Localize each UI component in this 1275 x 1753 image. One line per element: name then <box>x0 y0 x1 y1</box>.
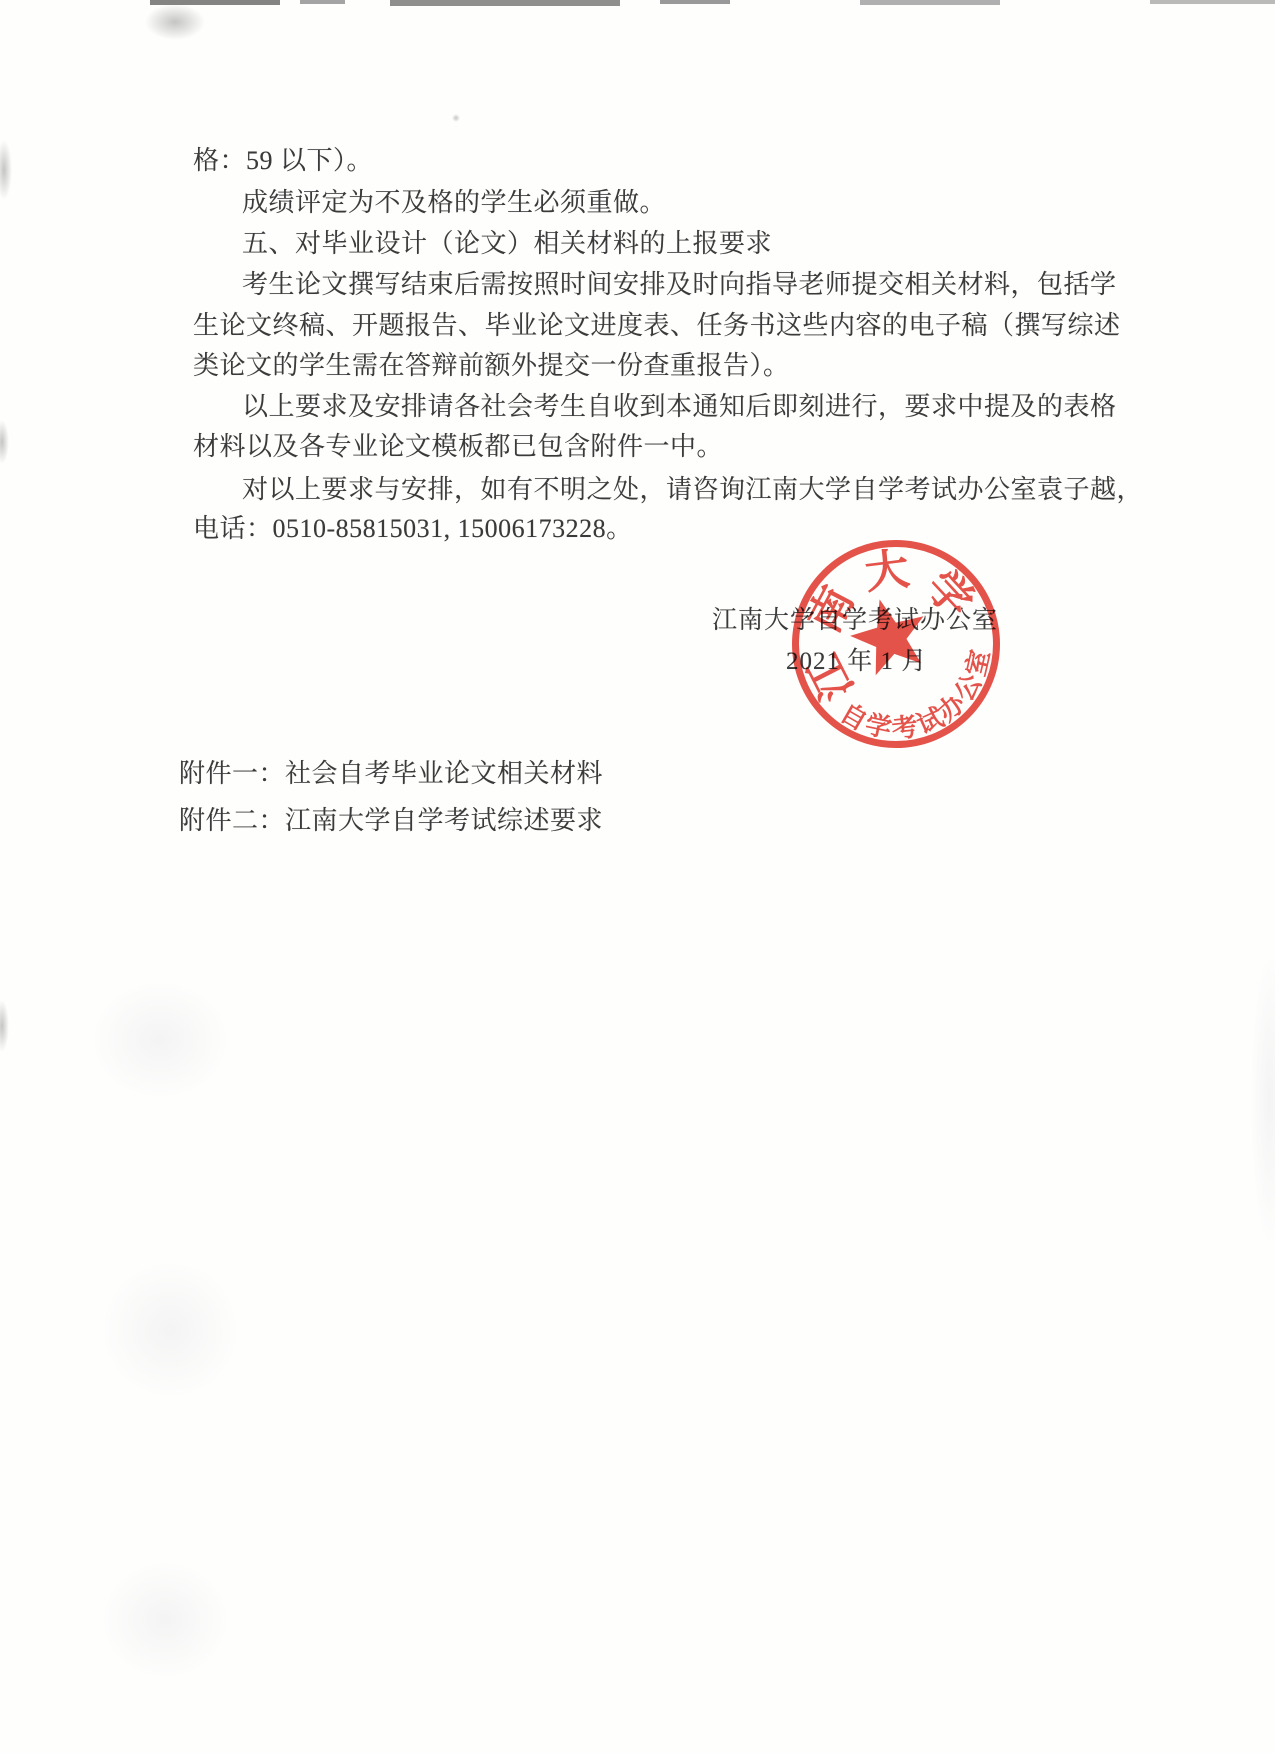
section-heading: 五、对毕业设计（论文）相关材料的上报要求 <box>242 229 772 259</box>
scan-artifact <box>0 1000 9 1052</box>
scan-artifact <box>145 4 205 40</box>
scan-artifact <box>90 980 230 1100</box>
attachment-line: 附件一：社会自考毕业论文相关材料 <box>179 753 603 790</box>
scan-artifact <box>660 0 730 4</box>
scan-artifact <box>100 1560 230 1680</box>
scan-artifact <box>1150 0 1275 4</box>
phone-line: 电话：0510-85815031, 15006173228。 <box>193 514 633 544</box>
scan-artifact <box>390 0 620 6</box>
body-line: 格：59 以下）。 <box>193 146 373 176</box>
star-icon <box>850 599 923 675</box>
scan-artifact <box>452 114 460 122</box>
scan-artifact <box>0 420 9 464</box>
scan-artifact <box>150 0 280 5</box>
body-line: 生论文终稿、开题报告、毕业论文进度表、任务书这些内容的电子稿（撰写综述 <box>193 311 1121 341</box>
body-line: 成绩评定为不及格的学生必须重做。 <box>242 188 666 218</box>
seal-char: 室 <box>960 647 995 679</box>
scan-artifact <box>1250 950 1275 1250</box>
scan-artifact <box>0 140 12 200</box>
scanned-document-page: 格：59 以下）。 成绩评定为不及格的学生必须重做。 五、对毕业设计（论文）相关… <box>0 0 1275 1753</box>
body-line: 以上要求及安排请各社会考生自收到本通知后即刻进行，要求中提及的表格 <box>242 392 1117 422</box>
body-line: 考生论文撰写结束后需按照时间安排及时向指导老师提交相关材料，包括学 <box>242 270 1117 300</box>
scan-artifact <box>300 0 345 4</box>
official-seal: 江 南 大 学 自 学 考 试 办 公 室 <box>786 534 1006 754</box>
body-line: 材料以及各专业论文模板都已包含附件一中。 <box>193 432 723 462</box>
scan-artifact <box>860 0 1000 5</box>
seal-char: 大 <box>862 545 912 599</box>
scan-artifact <box>100 1260 240 1400</box>
attachment-line: 附件二：江南大学自学考试综述要求 <box>179 800 603 837</box>
body-line: 对以上要求与安排，如有不明之处，请咨询江南大学自学考试办公室袁子越， <box>242 475 1143 505</box>
seal-char: 学 <box>916 561 982 627</box>
body-line: 类论文的学生需在答辩前额外提交一份查重报告）。 <box>193 351 790 381</box>
